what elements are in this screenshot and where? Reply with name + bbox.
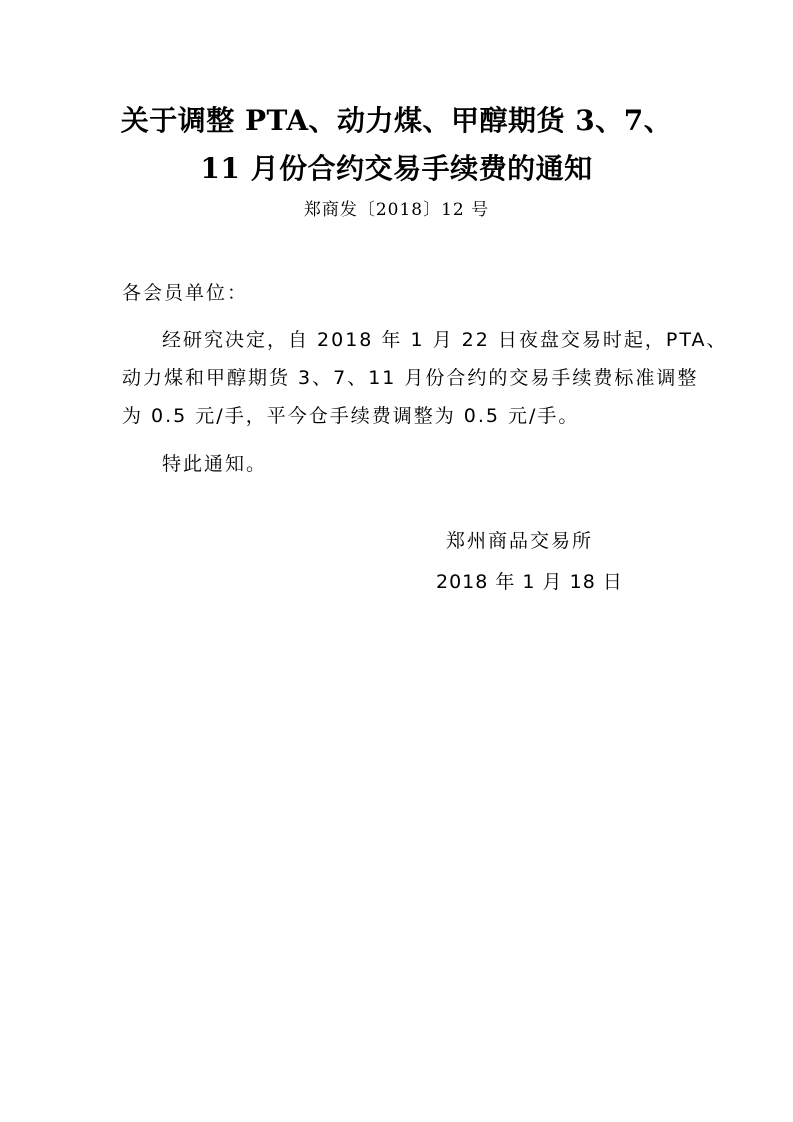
body-line-3: 为 0.5 元/手，平今仓手续费调整为 0.5 元/手。 (122, 402, 579, 430)
document-number: 郑商发〔2018〕12 号 (0, 196, 793, 224)
issuer-signature: 郑州商品交易所 (446, 527, 593, 555)
document-page: 关于调整 PTA、动力煤、甲醇期货 3、7、 11 月份合约交易手续费的通知 郑… (0, 0, 793, 1122)
document-title-line-2: 11 月份合约交易手续费的通知 (0, 149, 793, 189)
issue-date: 2018 年 1 月 18 日 (436, 568, 623, 596)
document-title-line-1: 关于调整 PTA、动力煤、甲醇期货 3、7、 (0, 101, 793, 141)
closing-line: 特此通知。 (162, 450, 267, 478)
body-line-1: 经研究决定，自 2018 年 1 月 22 日夜盘交易时起，PTA、 (162, 326, 727, 354)
body-line-2: 动力煤和甲醇期货 3、7、11 月份合约的交易手续费标准调整 (122, 364, 698, 392)
salutation: 各会员单位： (122, 279, 248, 307)
